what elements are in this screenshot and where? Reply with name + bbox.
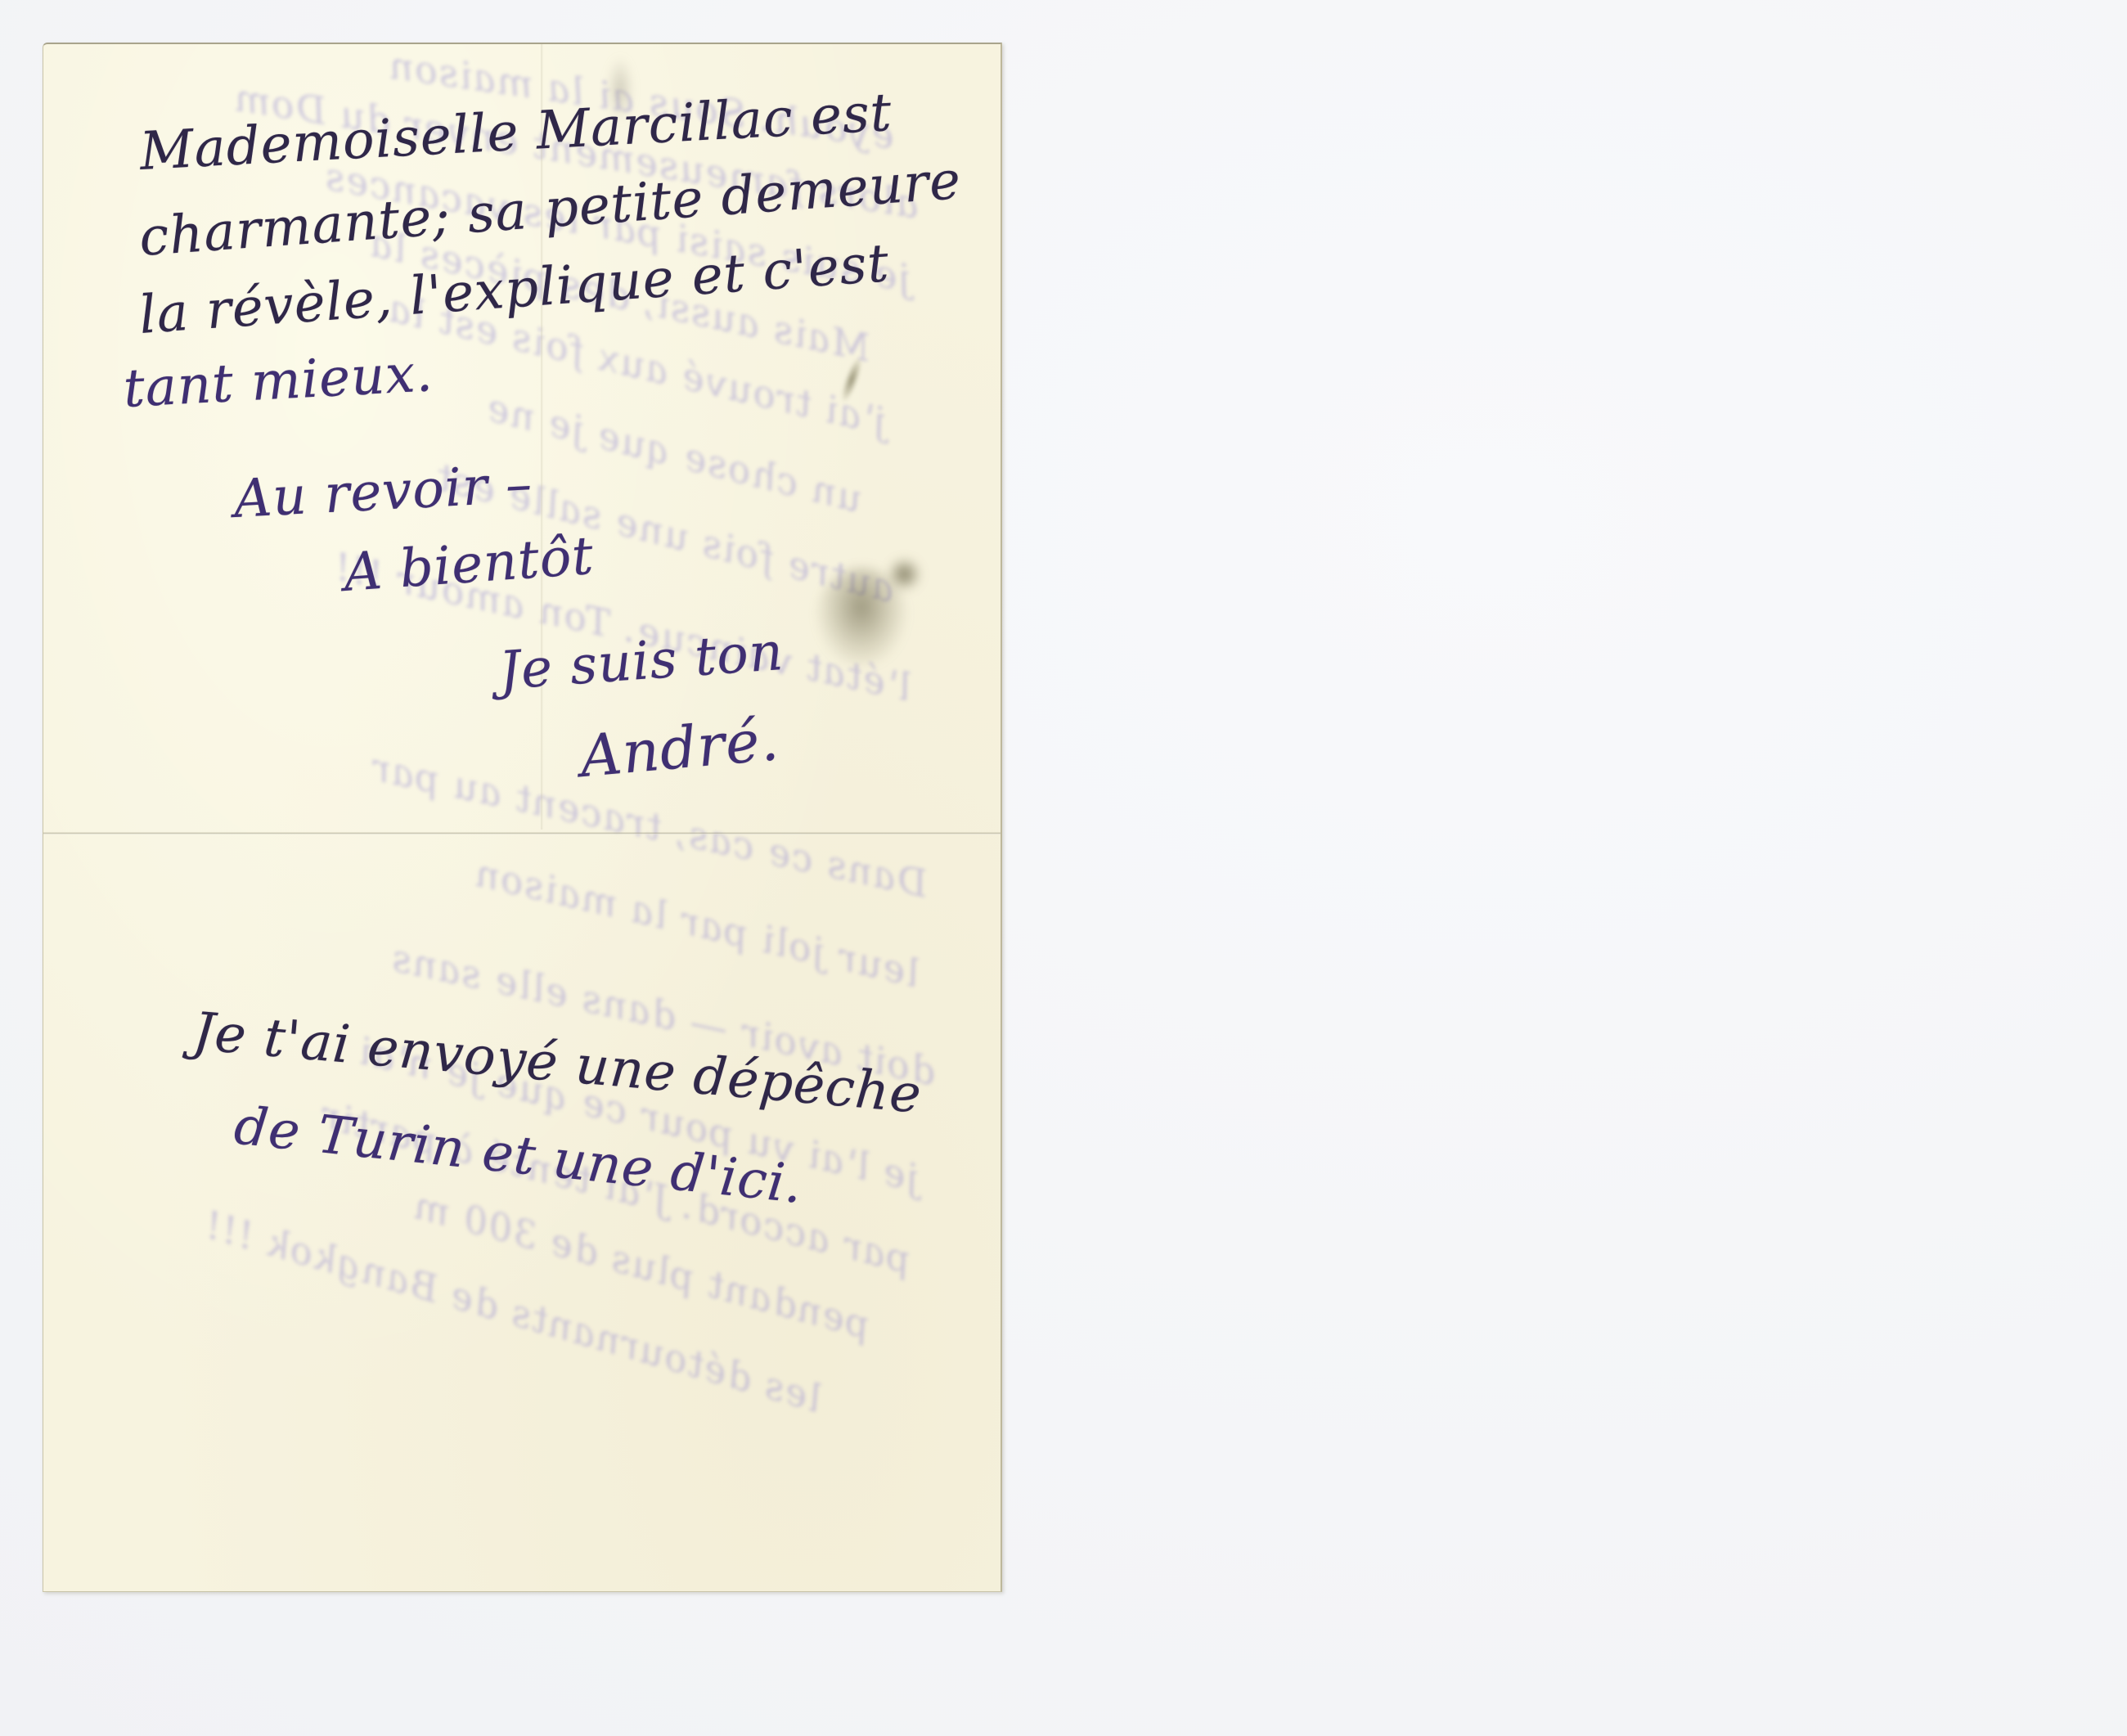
vertical-crease bbox=[541, 44, 543, 830]
letter-page: eyouh. Sous ai la maison alors fameuseme… bbox=[43, 43, 1002, 1592]
horizontal-fold bbox=[43, 832, 1001, 834]
ink-spot bbox=[886, 558, 923, 591]
